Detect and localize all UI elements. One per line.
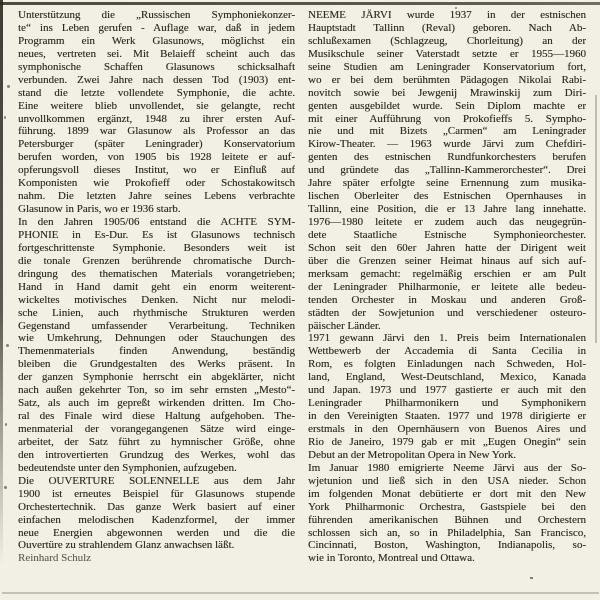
- paragraph: In den Jahren 1905/06 entstand die ACHTE…: [18, 216, 295, 475]
- text-line: bedeutendste unter den Symphonien, aufzu…: [18, 462, 295, 475]
- text-line: opferungsvoll dieses Institut, wo er Ein…: [18, 164, 295, 177]
- text-line: Schon seit den 60er Jahren hatte der Dir…: [308, 242, 586, 255]
- left-column-paragraphs: Unterstützung die „Russischen Symphoniek…: [18, 9, 295, 552]
- text-line: Orchestertechnik. Das ganze Werk basiert…: [18, 501, 295, 514]
- text-line: päischer Länder.: [308, 320, 586, 333]
- text-line: menmaterial der vorangegangenen Sätze wi…: [18, 423, 295, 436]
- print-speck: [530, 577, 533, 579]
- text-line: unvollkommen ergänzt, 1948 zu ihrer erst…: [18, 113, 295, 126]
- text-line: und Japan. 1973 und 1977 gastierte er au…: [308, 384, 586, 397]
- text-line: Komponisten wie Prokofieff oder Schostak…: [18, 177, 295, 190]
- text-line: nahm. Die letzten Jahre seines Lebens ve…: [18, 190, 295, 203]
- text-line: 1971 gewann Järvi den 1. Preis beim Inte…: [308, 332, 586, 345]
- text-line: Glasunow in Paris, wo er 1936 starb.: [18, 203, 295, 216]
- text-line: Programm ein Werk Glasunows, möglichst e…: [18, 35, 295, 48]
- paragraph: Im Januar 1980 emigrierte Neeme Järvi au…: [308, 462, 586, 566]
- text-line: Tallinn, eine Position, die er 13 Jahre …: [308, 203, 586, 216]
- text-line: neue Energien abgewonnen werden und die …: [18, 527, 295, 540]
- bottom-edge-rule: [2, 592, 599, 594]
- text-line: wjetunion und ließ sich in den USA niede…: [308, 475, 586, 488]
- text-line: tenden Orchester in Moskau und anderen G…: [308, 294, 586, 307]
- text-line: fortgeschrittenste Symphonie. Besonders …: [18, 242, 295, 255]
- two-column-text: Unterstützung die „Russischen Symphoniek…: [18, 9, 586, 565]
- text-line: NEEME JÄRVI wurde 1937 in der estnischen: [308, 9, 586, 22]
- text-line: seine Studien am Leningrader Konservator…: [308, 61, 586, 74]
- text-line: land, England, West-Deutschland, Mexico,…: [308, 371, 586, 384]
- liner-notes-page: Unterstützung die „Russischen Symphoniek…: [0, 0, 600, 600]
- text-line: neues, vertreten sei. Mit Belaieff schei…: [18, 48, 295, 61]
- text-line: Hauptstadt Tallinn (Reval) geboren. Nach…: [308, 22, 586, 35]
- right-column: NEEME JÄRVI wurde 1937 in der estnischen…: [308, 9, 586, 565]
- text-line: wickeltes motivisches Denken. Nicht nur …: [18, 294, 295, 307]
- text-line: te“ ins Leben gerufen - Auflage war, daß…: [18, 22, 295, 35]
- print-speck: [7, 85, 10, 88]
- text-line: Musikschule seiner Vaterstadt setzte er …: [308, 48, 586, 61]
- text-line: führenden amerikanischen Bühnen und Orch…: [308, 514, 586, 527]
- print-speck: [5, 423, 7, 426]
- text-line: Jahre später erfolgte seine Ernennung zu…: [308, 177, 586, 190]
- text-line: der Leningrader Philharmonie, er leitete…: [308, 281, 586, 294]
- top-edge-rule: [0, 2, 600, 5]
- text-line: sche Linien, auch rhythmische Strukturen…: [18, 307, 295, 320]
- text-line: ral des Finale wird diese Haltung aufgeh…: [18, 410, 295, 423]
- text-line: genten des estnischen Rundfunkorchesters…: [308, 151, 586, 164]
- text-line: arbeitet, der Satz führt zu hymnischer G…: [18, 436, 295, 449]
- text-line: York Philharmonic Orchestra, Gastspiele …: [308, 501, 586, 514]
- text-line: symphonische Schaffen Glasunows schicksa…: [18, 61, 295, 74]
- text-line: stand die letzte vollendete Symphonie, d…: [18, 87, 295, 100]
- text-line: schlossen sich an, so in Philadelphia, S…: [308, 527, 586, 540]
- text-line: novitch sowie bei Jewgenij Mrawinskij zu…: [308, 87, 586, 100]
- text-line: berufen worden, von 1905 bis 1928 leitet…: [18, 151, 295, 164]
- text-line: merksam gemacht: regelmäßig erschien er …: [308, 268, 586, 281]
- text-line: die tonale Grenzen berührende chromatisc…: [18, 255, 295, 268]
- text-line: Leningrader Philharmonikern und Symphoni…: [308, 397, 586, 410]
- text-line: und gründete das „Tallinn-Kammerorcheste…: [308, 164, 586, 177]
- text-line: Unterstützung die „Russischen Symphoniek…: [18, 9, 295, 22]
- text-line: wo er bei dem berühmten Pädagogen Nikola…: [308, 74, 586, 87]
- paragraph: NEEME JÄRVI wurde 1937 in der estnischen…: [308, 9, 586, 332]
- text-line: wie Umkehrung, Dehnungen oder Stauchunge…: [18, 332, 295, 345]
- text-line: 1900 ist erneutes Beispiel für Glasunows…: [18, 488, 295, 501]
- text-line: Wettbewerb der Accademia di Santa Cecili…: [308, 345, 586, 358]
- text-line: Debut an der Metropolitan Opera in New Y…: [308, 449, 586, 462]
- text-line: der ganzen Symphonie herrscht ein abgekl…: [18, 371, 295, 384]
- text-line: Eine weitere blieb unvollendet, sie gela…: [18, 100, 295, 113]
- print-speck: [4, 486, 7, 489]
- text-line: über die Grenzen seiner Heimat hinaus au…: [308, 255, 586, 268]
- text-line: Satz, als auch im gepreßt wirkenden drit…: [18, 397, 295, 410]
- left-column: Unterstützung die „Russischen Symphoniek…: [18, 9, 295, 565]
- text-line: in den Vereinigten Staaten. 1977 und 197…: [308, 410, 586, 423]
- text-line: nach außen gekehrter Ton, so im sehr ern…: [18, 384, 295, 397]
- right-edge-line: [595, 95, 597, 343]
- text-line: dete Staatliche Estnische Symphonieorche…: [308, 229, 586, 242]
- paragraph: Die OUVERTURE SOLENNELLE aus dem Jahr190…: [18, 475, 295, 553]
- text-line: genten ausgebildet wurde. Sein Diplom ma…: [308, 100, 586, 113]
- print-speck: [6, 344, 9, 347]
- text-line: dringung des thematischen Materials vora…: [18, 268, 295, 281]
- text-line: mit einer Aufführung von Prokofieffs 5. …: [308, 113, 586, 126]
- text-line: erstmals in den Opernhäusern von Buenos …: [308, 423, 586, 436]
- text-line: In den Jahren 1905/06 entstand die ACHTE…: [18, 216, 295, 229]
- paragraph: Unterstützung die „Russischen Symphoniek…: [18, 9, 295, 216]
- text-line: wie in Toronto, Montreal und Ottawa.: [308, 552, 586, 565]
- left-edge-shadow: [0, 0, 3, 565]
- text-line: Im Januar 1980 emigrierte Neeme Järvi au…: [308, 462, 586, 475]
- text-line: Rio de Janeiro, 1979 gab er mit „Eugen O…: [308, 436, 586, 449]
- text-line: bleiben die Grundgestalten des Werks prä…: [18, 358, 295, 371]
- text-line: städten der Sowjetunion und verschiedene…: [308, 307, 586, 320]
- text-line: Ouvertüre zu strahlendem Glanz anwachsen…: [18, 539, 295, 552]
- text-line: lischen Oberleiter des Estnischen Opernh…: [308, 190, 586, 203]
- text-line: einfachen melodischen Kadenzformel, der …: [18, 514, 295, 527]
- text-line: Kirow-Theater. — 1963 wurde Järvi zum Ch…: [308, 138, 586, 151]
- text-line: Rom, es folgten Einladungen nach Schwede…: [308, 358, 586, 371]
- text-line: verbunden. Zwei Jahre nach dessen Tod (1…: [18, 74, 295, 87]
- text-line: Die OUVERTURE SOLENNELLE aus dem Jahr: [18, 475, 295, 488]
- text-line: den introvertierten Grundzug des Werkes,…: [18, 449, 295, 462]
- text-line: Themenmaterials finden Anwendung, bestän…: [18, 345, 295, 358]
- text-line: PHONIE in Es-Dur. Es ist Glasunows techn…: [18, 229, 295, 242]
- right-column-paragraphs: NEEME JÄRVI wurde 1937 in der estnischen…: [308, 9, 586, 565]
- text-line: Cincinnati, Boston, Washington, Indianap…: [308, 539, 586, 552]
- text-line: Gegenstand umfassender Verarbeitung. Tec…: [18, 320, 295, 333]
- author-signature: Reinhard Schulz: [18, 552, 295, 565]
- print-speck: [4, 116, 6, 119]
- text-line: nie und mit Bizets „Carmen“ am Leningrad…: [308, 125, 586, 138]
- text-line: Petersburger (später Leningrader) Konser…: [18, 138, 295, 151]
- text-line: schlußexamen (Schlagzeug, Chorleitung) a…: [308, 35, 586, 48]
- text-line: führung. 1899 war Glasunow als Professor…: [18, 125, 295, 138]
- text-line: Hand in Hand damit geht ein enorm weiter…: [18, 281, 295, 294]
- paragraph: 1971 gewann Järvi den 1. Preis beim Inte…: [308, 332, 586, 461]
- text-line: 1976—1980 leitete er zudem auch das neug…: [308, 216, 586, 229]
- text-line: im folgenden Monat debütierte er dort mi…: [308, 488, 586, 501]
